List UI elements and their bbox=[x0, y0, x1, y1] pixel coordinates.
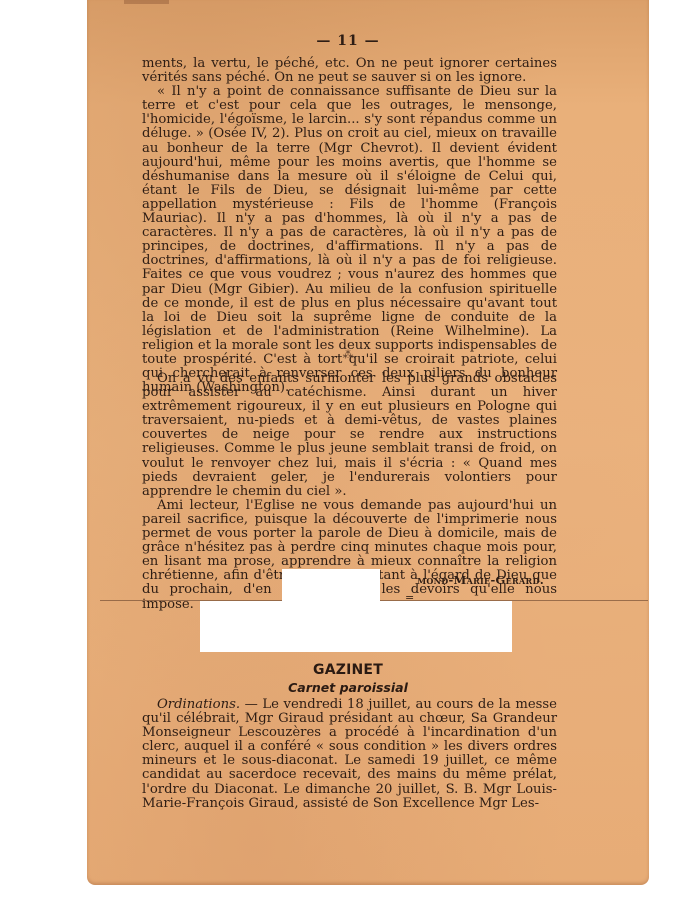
page-fold-mark bbox=[124, 0, 169, 4]
asterism-ornament: ⁂ bbox=[0, 348, 696, 361]
article-paragraph: On a vu des enfants surmonter les plus g… bbox=[142, 372, 557, 499]
ordinations-lead: Ordinations. bbox=[157, 697, 240, 712]
article-block-1: ments, la vertu, le péché, etc. On ne pe… bbox=[142, 57, 557, 395]
ordinations-paragraph: Ordinations. — Le vendredi 18 juillet, a… bbox=[142, 698, 557, 811]
parish-notes: Ordinations. — Le vendredi 18 juillet, a… bbox=[142, 698, 557, 811]
section-subtitle: Carnet paroissial bbox=[0, 680, 696, 695]
article-paragraph: ments, la vertu, le péché, etc. On ne pe… bbox=[142, 57, 557, 85]
redaction-block bbox=[282, 569, 380, 603]
page-number: — 11 — bbox=[0, 33, 696, 49]
section-title: GAZINET bbox=[0, 662, 696, 678]
redaction-block bbox=[200, 601, 512, 652]
ordinations-body: — Le vendredi 18 juillet, au cours de la… bbox=[142, 697, 557, 811]
